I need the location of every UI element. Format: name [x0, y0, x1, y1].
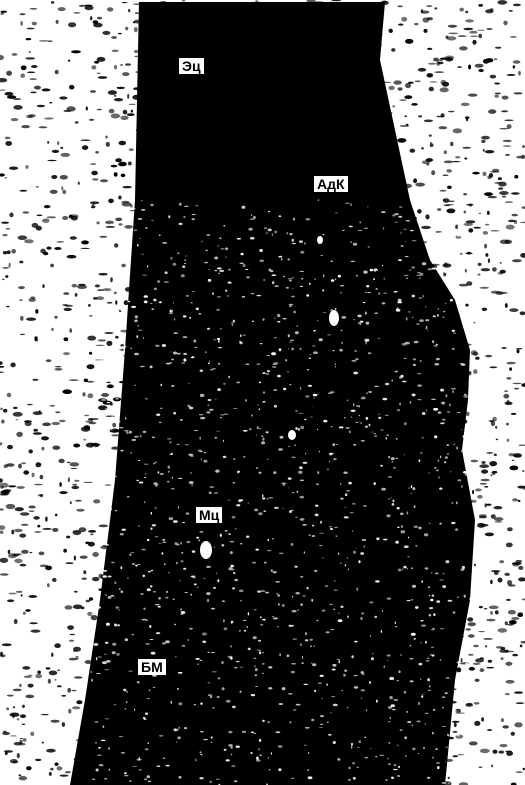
micrograph-image — [0, 0, 525, 785]
label-mc: Мц — [196, 507, 222, 523]
label-basement-membrane: БМ — [138, 659, 166, 675]
label-endothelial-cell: Эц — [179, 58, 204, 74]
label-adk: АдК — [314, 176, 348, 192]
